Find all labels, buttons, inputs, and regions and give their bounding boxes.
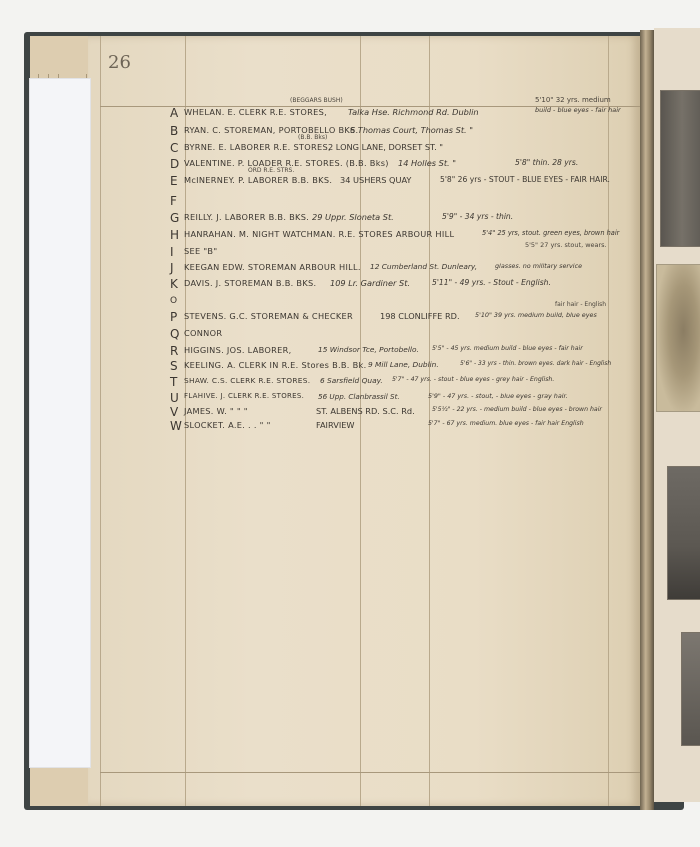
address: 14 Holles St. " bbox=[398, 158, 456, 168]
facing-page bbox=[654, 28, 700, 802]
index-letter: J bbox=[170, 261, 184, 275]
margin-rule bbox=[100, 36, 101, 806]
index-letter: F bbox=[170, 194, 184, 208]
name-occupation: FLAHIVE. J. CLERK R.E. STORES. bbox=[184, 392, 304, 400]
index-letter: K bbox=[170, 277, 184, 291]
index-letter: B bbox=[170, 124, 184, 138]
book-gutter bbox=[640, 30, 654, 810]
description: 5'9" - 34 yrs - thin. bbox=[442, 212, 513, 221]
name-occupation: DAVIS. J. STOREMAN B.B. BKS. bbox=[184, 278, 316, 288]
index-letter: P bbox=[170, 310, 184, 324]
photo-4 bbox=[681, 632, 700, 746]
name-occupation: SLOCKET. A.E. . . " " bbox=[184, 420, 271, 430]
name-occupation: KEELING. A. CLERK IN R.E. Stores B.B. Bk… bbox=[184, 360, 366, 370]
address: 12 Cumberland St. Dunleary, bbox=[370, 262, 477, 271]
index-letter: A bbox=[170, 106, 184, 120]
photo-1 bbox=[660, 90, 700, 247]
address: ST. ALBENS RD. S.C. Rd. bbox=[316, 406, 415, 416]
address: Talka Hse. Richmond Rd. Dublin bbox=[348, 107, 479, 117]
page-number: 26 bbox=[108, 52, 131, 73]
description: 5'10" 39 yrs. medium build, blue eyes bbox=[475, 311, 597, 319]
name-occupation: JAMES. W. " " " bbox=[184, 406, 248, 416]
annotation: (BEGGARS BUSH) bbox=[290, 97, 343, 104]
address: 6 Thomas Court, Thomas St. " bbox=[350, 125, 473, 135]
description-upper: 5'5" 27 yrs. stout, wears. bbox=[525, 241, 607, 249]
annotation: (B.B. Bks) bbox=[298, 134, 327, 141]
index-letter: E bbox=[170, 174, 184, 188]
name-occupation: McINERNEY. P. LABORER B.B. BKS. bbox=[184, 175, 332, 185]
description: glasses. no military service bbox=[495, 262, 582, 270]
photo-2 bbox=[656, 264, 700, 412]
index-letter: R bbox=[170, 344, 184, 358]
name-occupation: WHELAN. E. CLERK R.E. STORES, bbox=[184, 107, 327, 117]
address: 56 Upp. Clanbrassil St. bbox=[318, 392, 400, 401]
description: 5'8" thin. 28 yrs. bbox=[515, 158, 578, 167]
description: 5'5" - 45 yrs. medium build - blue eyes … bbox=[432, 345, 583, 352]
description-upper: fair hair - English bbox=[555, 301, 606, 308]
register-entries: A WHELAN. E. CLERK R.E. STORES, (BEGGARS… bbox=[170, 0, 640, 847]
index-letter: W bbox=[170, 419, 184, 433]
index-letter: Q bbox=[170, 327, 184, 341]
paper-slip bbox=[29, 78, 91, 768]
description-upper: 5'10" 32 yrs. medium bbox=[535, 96, 611, 104]
address: 198 CLONLIFFE RD. bbox=[380, 311, 460, 321]
name-occupation: HANRAHAN. M. NIGHT WATCHMAN. R.E. STORES… bbox=[184, 229, 454, 239]
address: 109 Lr. Gardiner St. bbox=[330, 278, 410, 288]
name-occupation: STEVENS. G.C. STOREMAN & CHECKER bbox=[184, 311, 353, 321]
address: 15 Windsor Tce, Portobello. bbox=[318, 345, 419, 354]
description: 5'8" 26 yrs - STOUT - BLUE EYES - FAIR H… bbox=[440, 175, 610, 184]
index-letter: O bbox=[170, 296, 184, 306]
annotation: ORD R.E. STRS. bbox=[248, 167, 294, 174]
description: 5'7" - 67 yrs. medium. blue eyes - fair … bbox=[428, 420, 584, 427]
name-occupation: KEEGAN EDW. STOREMAN ARBOUR HILL. bbox=[184, 262, 361, 272]
index-letter: U bbox=[170, 391, 184, 405]
address: 6 Sarsfield Quay. bbox=[320, 376, 383, 385]
name-occupation: BYRNE. E. LABORER R.E. STORES, bbox=[184, 142, 331, 152]
description: 5'6" - 33 yrs - thin. brown eyes. dark h… bbox=[460, 360, 611, 367]
address: 29 Uppr. Sloneta St. bbox=[312, 212, 394, 222]
name-occupation: SEE "B" bbox=[184, 246, 217, 256]
description: build - blue eyes - fair hair bbox=[535, 106, 621, 114]
name-occupation: HIGGINS. JOS. LABORER, bbox=[184, 345, 291, 355]
address: 9 Mill Lane, Dublin. bbox=[368, 360, 439, 369]
name-occupation: RYAN. C. STOREMAN, PORTOBELLO BKS. bbox=[184, 125, 358, 135]
photo-3 bbox=[667, 466, 700, 600]
address: 34 USHERS QUAY bbox=[340, 175, 411, 185]
index-letter: T bbox=[170, 375, 184, 389]
index-letter: S bbox=[170, 359, 184, 373]
address: FAIRVIEW bbox=[316, 420, 355, 430]
index-letter: I bbox=[170, 245, 184, 259]
index-letter: H bbox=[170, 228, 184, 242]
description: 5'7" - 47 yrs. - stout - blue eyes - gre… bbox=[392, 376, 554, 383]
name-occupation: SHAW. C.S. CLERK R.E. STORES. bbox=[184, 376, 310, 385]
description: 5'4" 25 yrs, stout. green eyes, brown ha… bbox=[482, 229, 619, 237]
description: 5'11" - 49 yrs. - Stout - English. bbox=[432, 278, 551, 287]
name-occupation: CONNOR bbox=[184, 328, 222, 338]
description: 5'9" - 47 yrs. - stout, - blue eyes - gr… bbox=[428, 392, 568, 400]
index-letter: C bbox=[170, 141, 184, 155]
description: 5'5½" - 22 yrs. - medium build - blue ey… bbox=[432, 406, 602, 413]
index-letter: V bbox=[170, 405, 184, 419]
name-occupation: REILLY. J. LABORER B.B. BKS. bbox=[184, 212, 309, 222]
address: 2 LONG LANE, DORSET ST. " bbox=[328, 142, 443, 152]
index-letter: D bbox=[170, 157, 184, 171]
index-letter: G bbox=[170, 211, 184, 225]
